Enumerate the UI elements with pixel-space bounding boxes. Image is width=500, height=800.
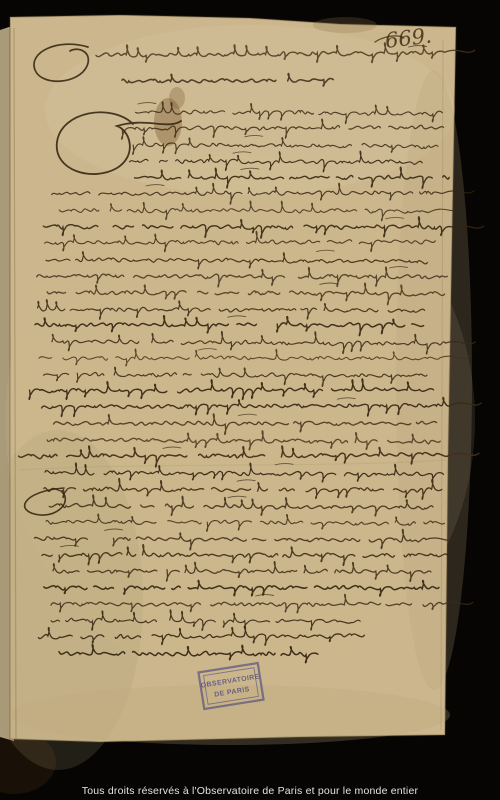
manuscript-photo: 669. OBSERVATOIRE DE PARIS Tous droits r… <box>0 0 500 800</box>
copyright-caption: Tous droits réservés à l'Observatoire de… <box>0 785 500 797</box>
manuscript-scan: 669. OBSERVATOIRE DE PARIS <box>0 0 500 800</box>
